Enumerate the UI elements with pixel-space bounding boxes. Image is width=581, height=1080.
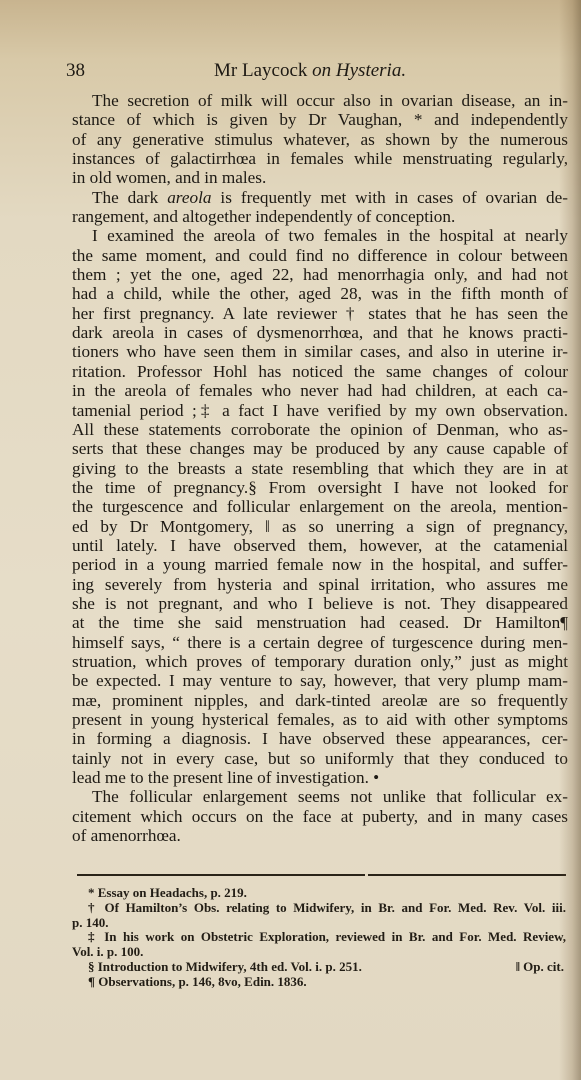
text-line: ed by Dr Montgomery, ‖ as so unerring a … xyxy=(72,517,568,536)
text-line: instances of galactirrhœa in females whi… xyxy=(72,149,568,168)
text-line: tainly not in every case, but so uniform… xyxy=(72,749,568,768)
emphasis: areola xyxy=(167,188,211,207)
text-line: the time of pregnancy.§ From oversight I… xyxy=(72,478,568,497)
text-line: in the areola of females who never had h… xyxy=(72,381,568,400)
text-line: mæ, prominent nipples, and dark-tinted a… xyxy=(72,691,568,710)
text-line: himself says, “ there is a certain degre… xyxy=(72,633,568,652)
text-line: be expected. I may venture to say, howev… xyxy=(72,671,568,690)
text-line: in forming a diagnosis. I have observed … xyxy=(72,729,568,748)
page-number: 38 xyxy=(66,60,85,82)
body-text: The secretion of milk will occur also in… xyxy=(72,91,568,845)
running-head-on: on xyxy=(312,60,331,81)
text-line: in old women, and in males. xyxy=(72,168,568,187)
footnote-6: ¶ Observations, p. 146, 8vo, Edin. 1836. xyxy=(72,975,566,990)
text-line: The follicular enlargement seems not unl… xyxy=(72,787,568,806)
footnote-3: ‡ In his work on Obstetric Exploration, … xyxy=(72,930,566,945)
text-line: citement which occurs on the face at pub… xyxy=(72,807,568,826)
footnote-2: † Of Hamilton’s Obs. relating to Midwife… xyxy=(72,901,566,916)
footnote-4: § Introduction to Midwifery, 4th ed. Vol… xyxy=(88,960,362,975)
text-line: dark areola in cases of dysmenorrhœa, an… xyxy=(72,323,568,342)
text-line: struation, which proves of temporary dur… xyxy=(72,652,568,671)
footnote-2-cont: p. 140. xyxy=(72,916,566,931)
text-line: I examined the areola of two females in … xyxy=(72,226,568,245)
text-line: ritation. Professor Hohl has noticed the… xyxy=(72,362,568,381)
text-line: of any generative stimulus whatever, as … xyxy=(72,130,568,149)
text-line: giving to the breasts a state resembling… xyxy=(72,459,568,478)
text-line: ing severely from hysteria and spinal ir… xyxy=(72,575,568,594)
text-line: The secretion of milk will occur also in… xyxy=(72,91,568,110)
text-line: rangement, and altogether independently … xyxy=(72,207,568,226)
text-line: stance of which is given by Dr Vaughan, … xyxy=(72,110,568,129)
text-line: at the time she said menstruation had ce… xyxy=(72,613,568,632)
text-line: until lately. I have observed them, howe… xyxy=(72,536,568,555)
text-line: had a child, while the other, aged 28, w… xyxy=(72,284,568,303)
text-line: period in a young married female now in … xyxy=(72,555,568,574)
running-head-title: Hysteria. xyxy=(331,60,406,81)
footnote-row-4-5: § Introduction to Midwifery, 4th ed. Vol… xyxy=(72,960,566,975)
text-line: them ; yet the one, aged 22, had menorrh… xyxy=(72,265,568,284)
text-line: The dark areola is frequently met with i… xyxy=(72,188,568,207)
text-line: the turgescence and follicular enlargeme… xyxy=(72,497,568,516)
page-header: 38 Mr Laycock on Hysteria. xyxy=(66,60,566,84)
text-line: present in young hysterical females, as … xyxy=(72,710,568,729)
footnote-3-cont: Vol. i. p. 100. xyxy=(72,945,566,960)
text-line: she is not pregnant, and who I believe i… xyxy=(72,594,568,613)
text-line: lead me to the present line of investiga… xyxy=(72,768,568,787)
text-line: her first pregnancy. A late reviewer † s… xyxy=(72,304,568,323)
footnote-5: ‖ Op. cit. xyxy=(516,960,564,975)
text-line: All these statements corroborate the opi… xyxy=(72,420,568,439)
text-line: tioners who have seen them in similar ca… xyxy=(72,342,568,361)
text-line: the same moment, and could find no diffe… xyxy=(72,246,568,265)
footnote-1: * Essay on Headachs, p. 219. xyxy=(72,886,566,901)
text-line: serts that these changes may be produced… xyxy=(72,439,568,458)
text-line: of amenorrhœa. xyxy=(72,826,568,845)
running-head: Mr Laycock on Hysteria. xyxy=(214,60,406,82)
running-head-author: Mr Laycock xyxy=(214,60,312,81)
text-line: tamenial period ;‡ a fact I have verifie… xyxy=(72,401,568,420)
book-page: 38 Mr Laycock on Hysteria. The secretion… xyxy=(0,0,581,1080)
footnote-divider xyxy=(77,874,566,876)
footnotes: * Essay on Headachs, p. 219. † Of Hamilt… xyxy=(72,886,566,990)
